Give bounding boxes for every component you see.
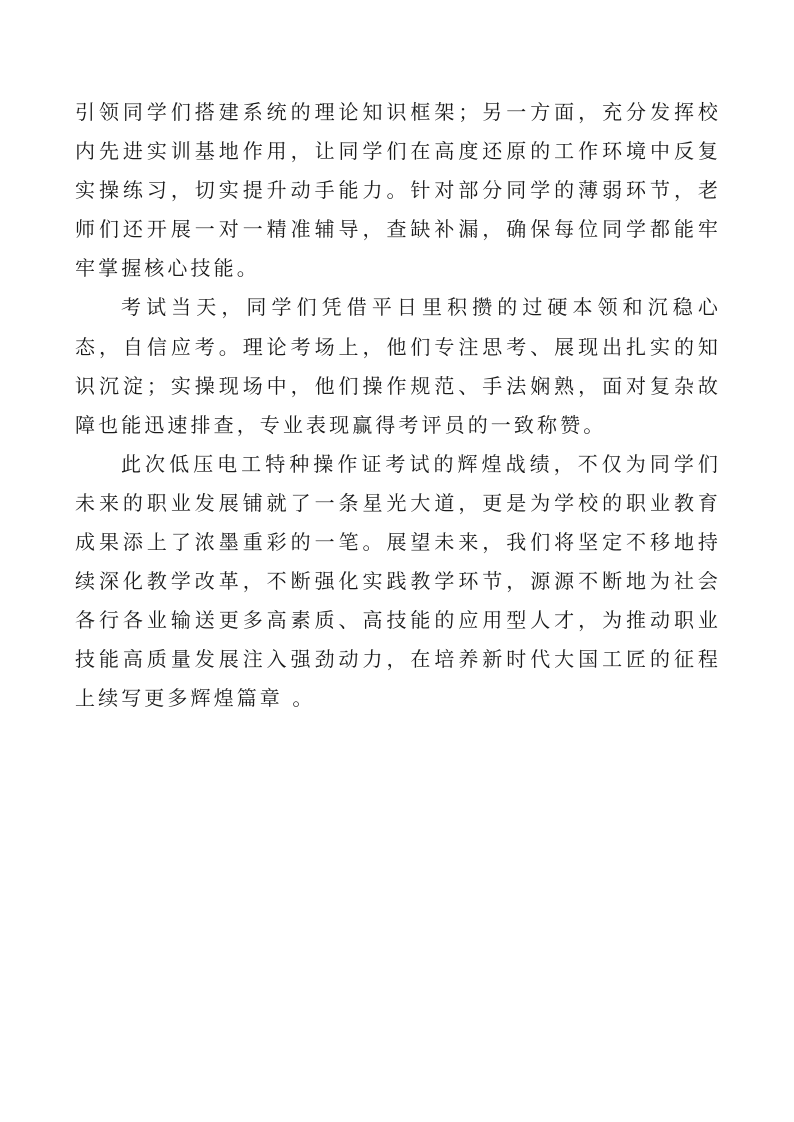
document-page: 引领同学们搭建系统的理论知识框架；另一方面，充分发挥校内先进实训基地作用，让同学… [75,93,721,719]
paragraph-exam-day: 考试当天，同学们凭借平日里积攒的过硬本领和沉稳心态，自信应考。理论考场上，他们专… [75,288,721,444]
paragraph-conclusion: 此次低压电工特种操作证考试的辉煌战绩，不仅为同学们未来的职业发展铺就了一条星光大… [75,445,721,719]
paragraph-training: 引领同学们搭建系统的理论知识框架；另一方面，充分发挥校内先进实训基地作用，让同学… [75,93,721,288]
